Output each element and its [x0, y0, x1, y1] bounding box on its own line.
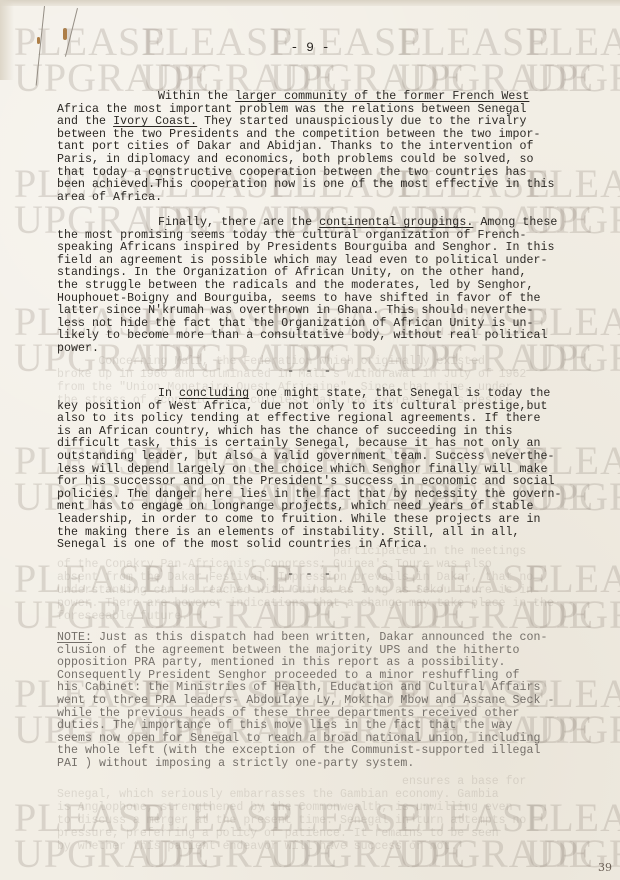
text-line: area of Africa.	[57, 192, 597, 205]
text-line: NOTE: Just as this dispatch had been wri…	[57, 632, 597, 645]
watermark-text: UPGRADE	[142, 830, 270, 877]
bleed-through-text: ensures a base for Senegal, which seriou…	[57, 775, 526, 853]
section-separator: - - -	[0, 364, 620, 378]
watermark-text: PLEASE	[526, 794, 620, 841]
text-line: PAI ) without imposing a strictly one-pa…	[57, 758, 597, 771]
underlined-phrase: Ivory Coast.	[113, 115, 197, 128]
text-line: Paris, in diplomacy and economics, both …	[57, 154, 597, 167]
underlined-phrase: NOTE:	[57, 631, 92, 644]
text-line: Senegal is one of the most solid countri…	[57, 539, 597, 552]
text-line: also to its policy tending at effective …	[57, 413, 597, 426]
text-line: and the Ivory Coast. They started unausp…	[57, 116, 597, 129]
text-line: been achieved.This cooperation now is on…	[57, 179, 597, 192]
document-page: Concerning Mali, the Federation which or…	[0, 0, 620, 880]
watermark-row: PLEASE PLEASE PLEASE PLEASE PLEASE	[0, 794, 620, 841]
text-line: for his successor and on the President's…	[57, 476, 597, 489]
underlined-phrase: larger community of the former French We…	[235, 90, 529, 103]
watermark-row: UPGRADE UPGRADE UPGRADE UPGRADE UPGRADE	[0, 830, 620, 877]
paragraph-french-west-africa: Within the larger community of the forme…	[57, 91, 597, 204]
paragraph-continental-groupings: Finally, there are the continental group…	[57, 217, 597, 356]
text-line: leadership, in order to come to fruition…	[57, 514, 597, 527]
text-line: the struggle between the radicals and th…	[57, 280, 597, 293]
text-line: opposition PRA party, mentioned in this …	[57, 657, 597, 670]
note-paragraph: NOTE: Just as this dispatch had been wri…	[57, 632, 597, 771]
text-line: duties. The importance of this move lies…	[57, 720, 597, 733]
watermark-text: PLEASE	[270, 794, 398, 841]
watermark-text: UPGRADE	[398, 830, 526, 877]
watermark-text: UPGRADE	[14, 830, 142, 877]
watermark-text: PLEASE	[14, 794, 142, 841]
text-line: Finally, there are the continental group…	[57, 217, 597, 230]
watermark-text: PLEASE	[398, 794, 526, 841]
underlined-phrase: continental groupings.	[319, 216, 473, 229]
text-line: latter since N'krumah was overthrown in …	[57, 305, 597, 318]
underlined-phrase: concluding	[179, 387, 249, 400]
watermark-text: PLEASE	[142, 794, 270, 841]
paragraph-concluding: In concluding one might state, that Sene…	[57, 388, 597, 552]
text-line: speaking Africans inspired by Presidents…	[57, 242, 597, 255]
paper-top-edge	[0, 0, 620, 6]
page-number: - 9 -	[0, 40, 620, 55]
section-separator: - - -	[0, 567, 620, 581]
rust-stain	[63, 28, 67, 40]
text-line: likely to become more than a consultativ…	[57, 330, 597, 343]
watermark-text: UPGRADE	[270, 830, 398, 877]
archive-mark: 39	[598, 861, 612, 874]
text-line: outstanding leader, but also a valid gov…	[57, 451, 597, 464]
text-line: Within the larger community of the forme…	[57, 91, 597, 104]
text-line: In concluding one might state, that Sene…	[57, 388, 597, 401]
text-line: went to three PRA leaders- Abdoulaye Ly,…	[57, 695, 597, 708]
bleed-through-text: participated in the meetings of the Cona…	[57, 545, 554, 623]
text-line: power.	[57, 343, 597, 356]
